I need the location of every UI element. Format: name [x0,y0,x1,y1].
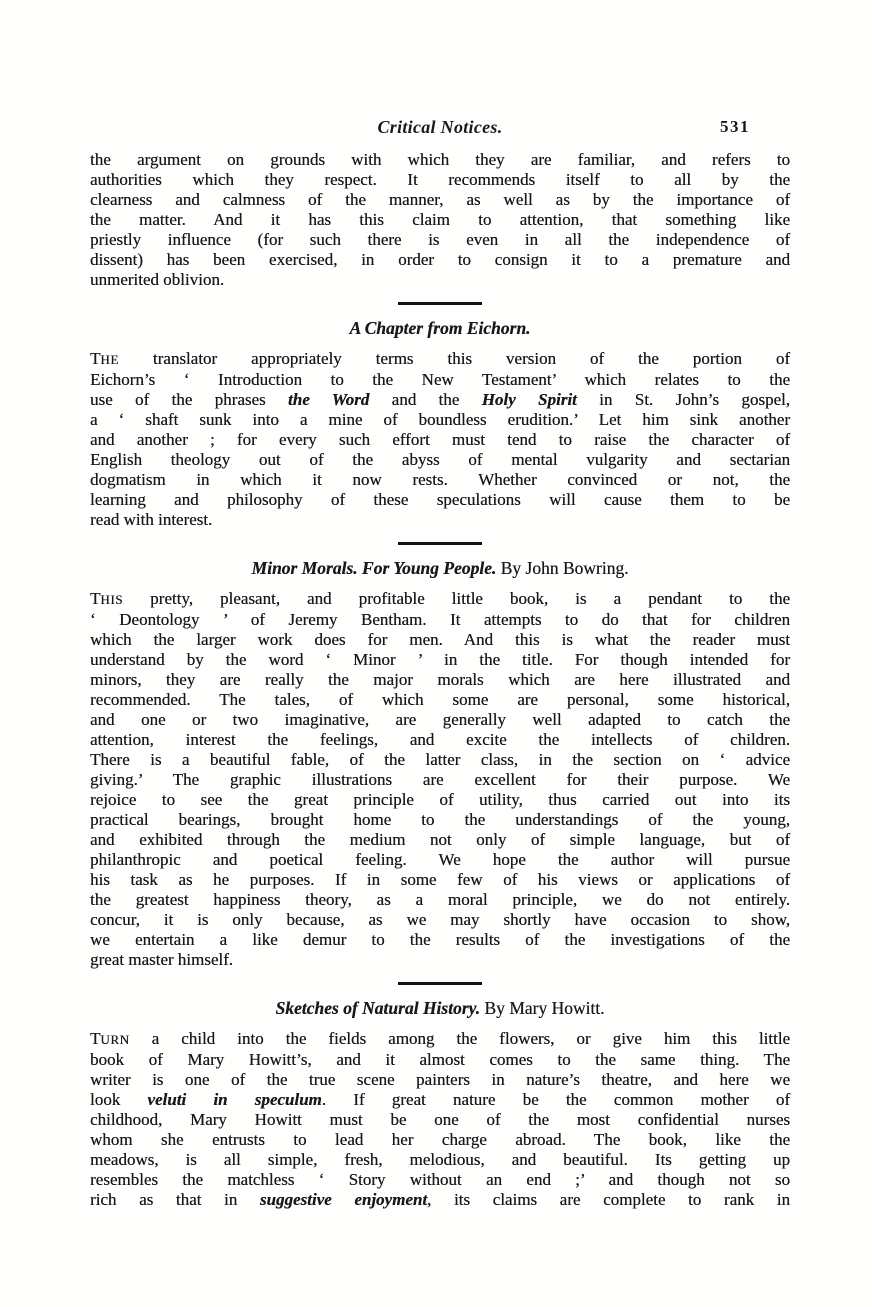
italic-text-run: Sketches of Natural History. [276,998,481,1018]
text-run: dissent) has been exercised, in order to… [90,250,790,269]
paragraph: TURN a child into the fields among the f… [90,1029,790,1210]
text-run: T [90,1029,100,1048]
text-run: and the [369,390,481,409]
text-line: priestly influence (for such there is ev… [90,230,790,250]
italic-text-run: veluti in speculum [147,1090,321,1109]
text-run: and another ; for every such effort must… [90,430,790,449]
section-divider [398,542,482,545]
italic-text-run: suggestive enjoyment [260,1190,427,1209]
text-run: resembles the matchless ‘ Story without … [90,1170,790,1189]
text-line: look veluti in speculum. If great nature… [90,1090,790,1110]
text-run: rejoice to see the great principle of ut… [90,790,790,809]
text-run: his task as he purposes. If in some few … [90,870,790,889]
text-run: rich as that in [90,1190,260,1209]
text-line: and exhibited through the medium not onl… [90,830,790,850]
text-run: Eichorn’s ‘ Introduction to the New Test… [90,370,790,389]
italic-text-run: Minor Morals. For Young People. [252,558,497,578]
text-run: HIS [100,592,123,607]
text-run: in St. John’s gospel, [577,390,790,409]
text-run: clearness and calmness of the manner, as… [90,190,790,209]
text-line: and another ; for every such effort must… [90,430,790,450]
text-run: . If great nature be the common mother o… [322,1090,790,1109]
page-header: Critical Notices. 531 [90,0,790,141]
text-run: philanthropic and poetical feeling. We h… [90,850,790,869]
text-line: the matter. And it has this claim to att… [90,210,790,230]
text-line: rejoice to see the great principle of ut… [90,790,790,810]
text-line: THIS pretty, pleasant, and profitable li… [90,589,790,610]
text-run: minors, they are really the major morals… [90,670,790,689]
text-run: By John Bowring. [496,558,628,578]
section-divider [398,302,482,305]
text-run: we entertain a like demur to the results… [90,930,790,949]
text-line: writer is one of the true scene painters… [90,1070,790,1090]
text-line: philanthropic and poetical feeling. We h… [90,850,790,870]
text-line: dissent) has been exercised, in order to… [90,250,790,270]
text-run: , its claims are complete to rank in [427,1190,790,1209]
page-body: the argument on grounds with which they … [90,150,790,1210]
text-line: unmerited oblivion. [90,270,790,290]
text-line: we entertain a like demur to the results… [90,930,790,950]
text-run: HE [100,352,119,367]
text-run: authorities which they respect. It recom… [90,170,790,189]
text-run: English theology out of the abyss of men… [90,450,790,469]
text-line: Eichorn’s ‘ Introduction to the New Test… [90,370,790,390]
text-run: which the larger work does for men. And … [90,630,790,649]
section-heading: Minor Morals. For Young People. By John … [90,558,790,579]
text-run: dogmatism in which it now rests. Whether… [90,470,790,489]
text-run: pretty, pleasant, and profitable little … [123,589,790,608]
text-line: a ‘ shaft sunk into a mine of boundless … [90,410,790,430]
text-run: a ‘ shaft sunk into a mine of boundless … [90,410,790,429]
text-line: dogmatism in which it now rests. Whether… [90,470,790,490]
text-run: URN [100,1032,129,1047]
text-run: There is a beautiful fable, of the latte… [90,750,790,769]
text-line: giving.’ The graphic illustrations are e… [90,770,790,790]
text-line: meadows, is all simple, fresh, melodious… [90,1150,790,1170]
text-run: learning and philosophy of these specula… [90,490,790,509]
text-line: THE translator appropriately terms this … [90,349,790,370]
text-run: T [90,349,100,368]
text-run: recommended. The tales, of which some ar… [90,690,790,709]
text-line: rich as that in suggestive enjoyment, it… [90,1190,790,1210]
text-run: use of the phrases [90,390,288,409]
text-run: the matter. And it has this claim to att… [90,210,790,229]
text-line: clearness and calmness of the manner, as… [90,190,790,210]
text-line: attention, interest the feelings, and ex… [90,730,790,750]
text-run: great master himself. [90,950,233,969]
text-run: and one or two imaginative, are generall… [90,710,790,729]
text-run: practical bearings, brought home to the … [90,810,790,829]
text-run: giving.’ The graphic illustrations are e… [90,770,790,789]
scanned-page: Critical Notices. 531 the argument on gr… [0,0,872,1307]
section-heading: Sketches of Natural History. By Mary How… [90,998,790,1019]
text-run: and exhibited through the medium not onl… [90,830,790,849]
text-run: translator appropriately terms this vers… [119,349,790,368]
text-line: concur, it is only because, as we may sh… [90,910,790,930]
page-number: 531 [720,117,750,137]
text-run: T [90,589,100,608]
italic-text-run: A Chapter from Eichorn. [350,318,531,338]
text-run: ‘ Deontology ’ of Jeremy Bentham. It att… [90,610,790,629]
text-line: and one or two imaginative, are generall… [90,710,790,730]
text-line: TURN a child into the fields among the f… [90,1029,790,1050]
text-run: the greatest happiness theory, as a mora… [90,890,790,909]
text-run: concur, it is only because, as we may sh… [90,910,790,929]
text-line: whom she entrusts to lead her charge abr… [90,1130,790,1150]
paragraph: the argument on grounds with which they … [90,150,790,290]
text-line: authorities which they respect. It recom… [90,170,790,190]
text-run: priestly influence (for such there is ev… [90,230,790,249]
italic-text-run: Holy Spirit [482,390,577,409]
text-line: English theology out of the abyss of men… [90,450,790,470]
running-title: Critical Notices. [90,117,790,138]
text-line: recommended. The tales, of which some ar… [90,690,790,710]
text-run: whom she entrusts to lead her charge abr… [90,1130,790,1149]
text-run: book of Mary Howitt’s, and it almost com… [90,1050,790,1069]
italic-text-run: the Word [288,390,369,409]
section-heading: A Chapter from Eichorn. [90,318,790,339]
text-line: childhood, Mary Howitt must be one of th… [90,1110,790,1130]
text-line: ‘ Deontology ’ of Jeremy Bentham. It att… [90,610,790,630]
text-line: use of the phrases the Word and the Holy… [90,390,790,410]
text-run: By Mary Howitt. [480,998,604,1018]
text-line: There is a beautiful fable, of the latte… [90,750,790,770]
text-run: the argument on grounds with which they … [90,150,790,169]
text-line: read with interest. [90,510,790,530]
text-line: which the larger work does for men. And … [90,630,790,650]
text-line: practical bearings, brought home to the … [90,810,790,830]
text-line: his task as he purposes. If in some few … [90,870,790,890]
section-divider [398,982,482,985]
text-run: unmerited oblivion. [90,270,224,289]
text-line: the greatest happiness theory, as a mora… [90,890,790,910]
text-run: childhood, Mary Howitt must be one of th… [90,1110,790,1129]
text-run: read with interest. [90,510,212,529]
text-run: writer is one of the true scene painters… [90,1070,790,1089]
text-run: understand by the word ‘ Minor ’ in the … [90,650,790,669]
paragraph: THE translator appropriately terms this … [90,349,790,530]
text-line: learning and philosophy of these specula… [90,490,790,510]
text-run: meadows, is all simple, fresh, melodious… [90,1150,790,1169]
text-line: the argument on grounds with which they … [90,150,790,170]
text-run: look [90,1090,147,1109]
text-line: great master himself. [90,950,790,970]
text-line: resembles the matchless ‘ Story without … [90,1170,790,1190]
text-line: understand by the word ‘ Minor ’ in the … [90,650,790,670]
paragraph: THIS pretty, pleasant, and profitable li… [90,589,790,970]
text-line: book of Mary Howitt’s, and it almost com… [90,1050,790,1070]
text-run: attention, interest the feelings, and ex… [90,730,790,749]
text-line: minors, they are really the major morals… [90,670,790,690]
text-run: a child into the fields among the flower… [130,1029,790,1048]
